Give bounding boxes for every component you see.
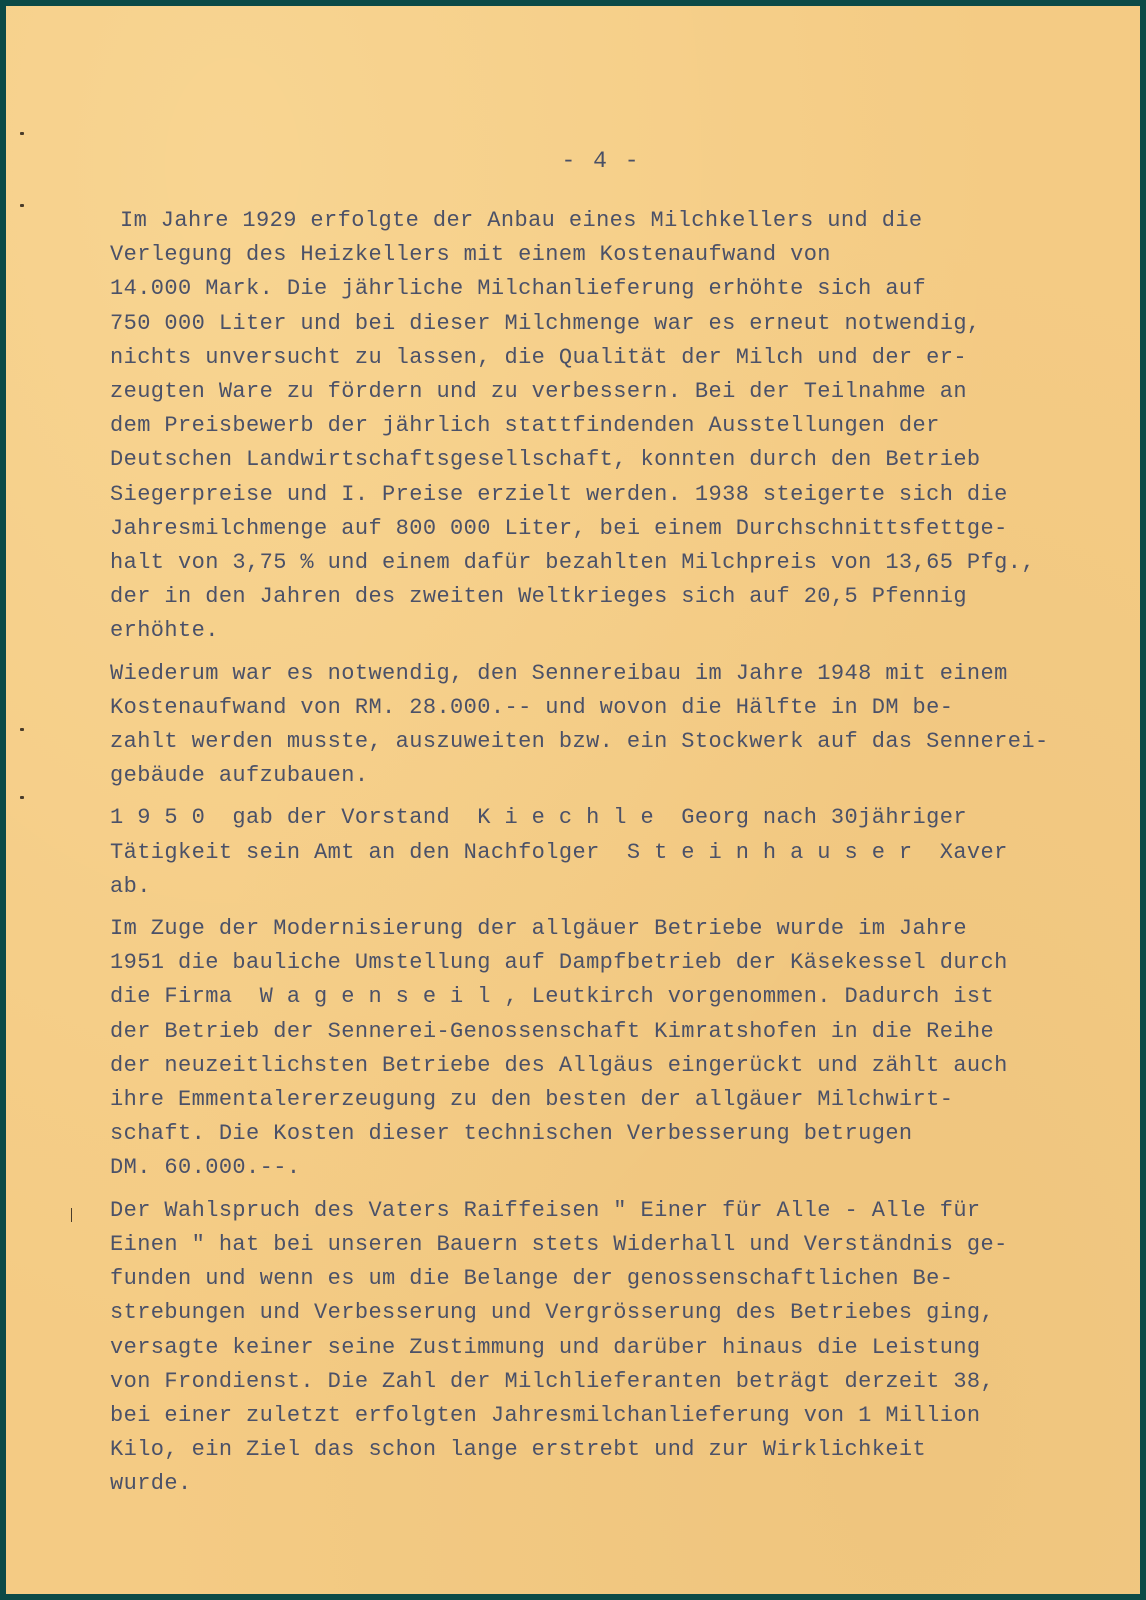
- paper-speck: [20, 796, 24, 799]
- text-line: Kilo, ein Ziel das schon lange erstrebt …: [110, 1433, 1110, 1467]
- text-line: gebäude aufzubauen.: [110, 759, 1110, 793]
- text-line: halt von 3,75 % und einem dafür bezahlte…: [110, 546, 1110, 580]
- paragraph-1929-expansion: Im Jahre 1929 erfolgte der Anbau eines M…: [110, 204, 1110, 649]
- paragraph-raiffeisen-motto: Der Wahlspruch des Vaters Raiffeisen " E…: [110, 1194, 1110, 1502]
- paper-speck: [20, 728, 24, 731]
- paper-speck: [20, 204, 24, 207]
- text-line: Jahresmilchmenge auf 800 000 Liter, bei …: [110, 512, 1110, 546]
- text-line: versagte keiner seine Zustimmung und dar…: [110, 1331, 1110, 1365]
- text-line: schaft. Die Kosten dieser technischen Ve…: [110, 1117, 1110, 1151]
- text-line: erhöhte.: [110, 614, 1110, 648]
- text-line: die Firma W a g e n s e i l , Leutkirch …: [110, 980, 1110, 1014]
- text-line: Kostenaufwand von RM. 28.000.-- und wovo…: [110, 691, 1110, 725]
- text-line: von Frondienst. Die Zahl der Milchliefer…: [110, 1365, 1110, 1399]
- text-line: Verlegung des Heizkellers mit einem Kost…: [110, 238, 1110, 272]
- text-line: strebungen und Verbesserung und Vergröss…: [110, 1296, 1110, 1330]
- text-line: ihre Emmentalererzeugung zu den besten d…: [110, 1083, 1110, 1117]
- text-line: bei einer zuletzt erfolgten Jahresmilcha…: [110, 1399, 1110, 1433]
- text-line: 14.000 Mark. Die jährliche Milchanliefer…: [110, 272, 1110, 306]
- text-line: Einen " hat bei unseren Bauern stets Wid…: [110, 1228, 1110, 1262]
- text-line: zeugten Ware zu fördern und zu verbesser…: [110, 375, 1110, 409]
- text-line: 1 9 5 0 gab der Vorstand K i e c h l e G…: [110, 801, 1110, 835]
- typewritten-page: - 4 - Im Jahre 1929 erfolgte der Anbau e…: [6, 6, 1140, 1594]
- text-line: Im Jahre 1929 erfolgte der Anbau eines M…: [110, 204, 1110, 238]
- paragraph-1950-chairman: 1 9 5 0 gab der Vorstand K i e c h l e G…: [110, 801, 1110, 904]
- text-line: 1951 die bauliche Umstellung auf Dampfbe…: [110, 946, 1110, 980]
- text-line: Der Wahlspruch des Vaters Raiffeisen " E…: [110, 1194, 1110, 1228]
- text-line: Im Zuge der Modernisierung der allgäuer …: [110, 912, 1110, 946]
- text-line: DM. 60.000.--.: [110, 1151, 1110, 1185]
- text-line: Siegerpreise und I. Preise erzielt werde…: [110, 478, 1110, 512]
- text-line: der Betrieb der Sennerei-Genossenschaft …: [110, 1015, 1110, 1049]
- text-line: ab.: [110, 870, 1110, 904]
- paragraph-1951-modernization: Im Zuge der Modernisierung der allgäuer …: [110, 912, 1110, 1186]
- page-number: - 4 -: [6, 148, 1140, 174]
- text-line: 750 000 Liter und bei dieser Milchmenge …: [110, 307, 1110, 341]
- text-line: Tätigkeit sein Amt an den Nachfolger S t…: [110, 836, 1110, 870]
- margin-mark: [71, 1208, 72, 1222]
- text-line: funden und wenn es um die Belange der ge…: [110, 1262, 1110, 1296]
- text-line: dem Preisbewerb der jährlich stattfinden…: [110, 409, 1110, 443]
- text-line: der neuzeitlichsten Betriebe des Allgäus…: [110, 1049, 1110, 1083]
- paragraph-1948-construction: Wiederum war es notwendig, den Sennereib…: [110, 657, 1110, 794]
- text-line: wurde.: [110, 1467, 1110, 1501]
- text-line: zahlt werden musste, auszuweiten bzw. ei…: [110, 725, 1110, 759]
- document-body: Im Jahre 1929 erfolgte der Anbau eines M…: [110, 204, 1110, 1510]
- text-line: Wiederum war es notwendig, den Sennereib…: [110, 657, 1110, 691]
- text-line: Deutschen Landwirtschaftsgesellschaft, k…: [110, 443, 1110, 477]
- text-line: der in den Jahren des zweiten Weltkriege…: [110, 580, 1110, 614]
- text-line: nichts unversucht zu lassen, die Qualitä…: [110, 341, 1110, 375]
- paper-speck: [20, 132, 24, 135]
